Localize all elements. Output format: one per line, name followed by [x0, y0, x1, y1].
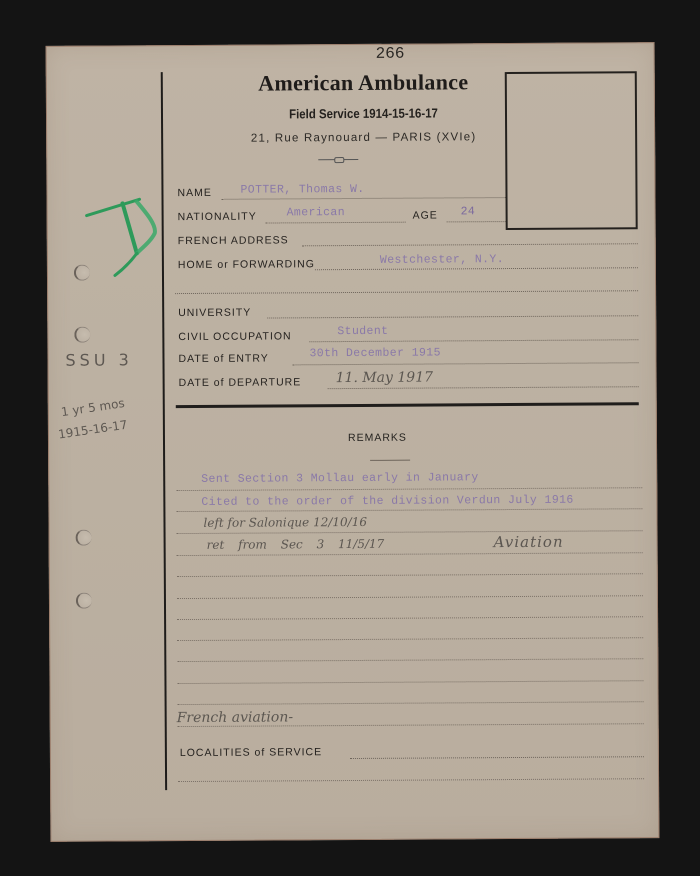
punch-hole	[74, 327, 90, 343]
date-of-departure-label: DATE of DEPARTURE	[179, 376, 302, 389]
remarks-rule	[177, 616, 643, 620]
remarks-rule	[177, 658, 643, 662]
document-title: American Ambulance	[166, 69, 561, 97]
remarks-line-3[interactable]: left for Salonique 12/10/16	[203, 515, 367, 530]
remarks-rule	[177, 637, 643, 641]
green-d-mark-icon	[84, 195, 165, 285]
margin-note-duration: 1 yr 5 mos	[60, 396, 125, 419]
remarks-rule	[177, 552, 643, 556]
record-card: 266 American Ambulance Field Service 191…	[46, 42, 660, 842]
organization-address: 21, Rue Raynouard — PARIS (XVIe)	[166, 131, 561, 145]
section-divider	[176, 402, 639, 408]
date-of-entry-line	[293, 362, 639, 365]
remarks-rule	[176, 508, 642, 512]
french-address-label: FRENCH ADDRESS	[178, 234, 289, 247]
civil-occupation-label: CIVIL OCCUPATION	[178, 330, 291, 343]
civil-occupation-line	[309, 339, 638, 342]
date-of-departure-line	[328, 386, 639, 389]
punch-hole	[76, 530, 92, 546]
name-line	[222, 197, 506, 200]
punch-hole	[74, 265, 90, 281]
age-line	[447, 221, 506, 222]
french-address-line	[302, 243, 638, 246]
home-forwarding-continuation-line	[175, 290, 638, 294]
home-forwarding-label: HOME or FORWARDING	[178, 258, 315, 271]
remarks-line-4-aviation[interactable]: Aviation	[494, 533, 564, 551]
remarks-line-1[interactable]: Sent Section 3 Mollau early in January	[201, 471, 479, 486]
age-label: AGE	[413, 209, 438, 221]
remarks-line-2[interactable]: Cited to the order of the division Verdu…	[201, 494, 573, 509]
name-label: NAME	[177, 187, 211, 199]
photo-box	[505, 71, 638, 230]
university-label: UNIVERSITY	[178, 307, 251, 319]
civil-occupation-value[interactable]: Student	[337, 325, 388, 338]
closing-note[interactable]: French aviation-	[177, 709, 293, 726]
remarks-rule	[178, 701, 644, 705]
localities-label: LOCALITIES of SERVICE	[180, 746, 322, 759]
remarks-rule	[177, 680, 643, 684]
name-value[interactable]: POTTER, Thomas W.	[240, 183, 364, 197]
serial-number: 266	[376, 45, 405, 63]
nationality-line	[266, 222, 406, 224]
date-of-entry-label: DATE of ENTRY	[178, 353, 268, 366]
margin-rule	[161, 72, 167, 790]
home-forwarding-value[interactable]: Westchester, N.Y.	[380, 253, 504, 267]
remarks-rule	[176, 487, 642, 491]
remarks-rule	[177, 530, 643, 534]
margin-note-section: SSU 3	[65, 350, 132, 369]
remarks-line-4[interactable]: ret from Sec 3 11/5/17	[207, 537, 385, 552]
date-of-entry-value[interactable]: 30th December 1915	[309, 346, 440, 360]
age-value[interactable]: 24	[461, 205, 476, 218]
localities-rule	[178, 778, 644, 782]
nationality-value[interactable]: American	[287, 206, 346, 219]
remarks-rule	[177, 595, 643, 599]
punch-hole	[76, 593, 92, 609]
remarks-rule	[177, 573, 643, 577]
document-subtitle: Field Service 1914-15-16-17	[190, 105, 538, 122]
home-forwarding-line	[315, 267, 638, 270]
remarks-underline	[370, 460, 410, 461]
date-of-departure-value[interactable]: 11. May 1917	[336, 370, 433, 387]
nationality-label: NATIONALITY	[178, 211, 257, 223]
margin-note-years: 1915-16-17	[57, 418, 128, 442]
ornament-divider	[318, 159, 358, 160]
university-line	[267, 315, 638, 318]
remarks-heading: REMARKS	[348, 432, 407, 444]
localities-line	[350, 756, 644, 759]
